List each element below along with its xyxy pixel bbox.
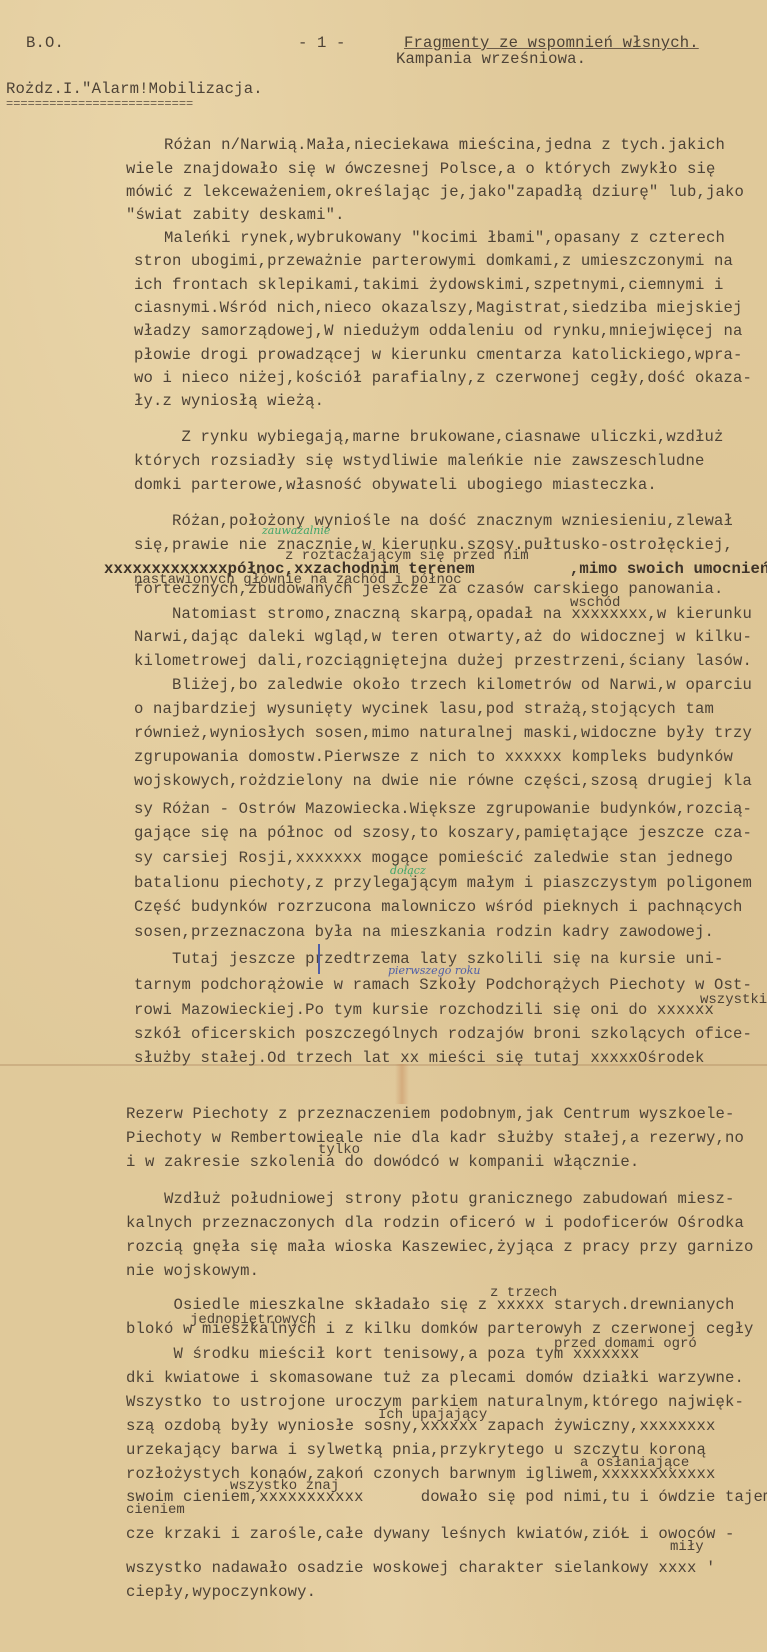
handwritten-insertion-mark bbox=[318, 944, 320, 974]
text-line: Rezerw Piechoty z przeznaczeniem podobny… bbox=[126, 1105, 735, 1123]
text-line: o najbardziej wysunięty wycinek lasu,pod… bbox=[134, 700, 714, 718]
text-line: wo i nieco niżej,kościół parafialny,z cz… bbox=[134, 369, 752, 387]
text-line: sy carsiej Rosji,xxxxxxx mogące pomieści… bbox=[134, 849, 733, 867]
text-line: rozłożystych konaów,zakoń czonych barwny… bbox=[126, 1465, 715, 1483]
text-line: batalionu piechoty,z przylegającym małym… bbox=[134, 874, 752, 892]
text-line: kilometrowej dali,rozciągniętejna dużej … bbox=[134, 652, 752, 670]
text-line: zgrupowania domostw.Pierwsze z nich to x… bbox=[134, 748, 733, 766]
text-line: kalnych przeznaczonych dla rodzin oficer… bbox=[126, 1214, 744, 1232]
typed-insertion: miły bbox=[670, 1539, 704, 1555]
text-line: władzy samorządowej,W niedużym oddaleniu… bbox=[134, 322, 743, 340]
text-line: fortecznych,zbudowanych jeszcze za czasó… bbox=[134, 580, 723, 598]
header-initials: B.O. bbox=[26, 34, 64, 52]
text-line: Maleńki rynek,wybrukowany "kocimi łbami"… bbox=[126, 229, 725, 247]
text-line: szkół oficerskich poszczególnych rodzajó… bbox=[134, 1025, 752, 1043]
text-line: cze krzaki i zarośle,całe dywany leśnych… bbox=[126, 1525, 735, 1543]
text-line: wojskowych,rożdzielony na dwie nie równe… bbox=[134, 772, 752, 790]
text-line: ciasnymi.Wśród nich,nieco okazalszy,Magi… bbox=[134, 299, 743, 317]
text-line: których rozsiadły się wstydliwie maleńki… bbox=[134, 452, 704, 470]
text-line: sy Różan - Ostrów Mazowiecka.Większe zgr… bbox=[134, 800, 752, 818]
text-line: Narwi,dając daleki wgląd,w teren otwarty… bbox=[134, 628, 752, 646]
text-line: Część budynków rozrzucona malowniczo wśr… bbox=[134, 898, 743, 916]
text-line: tarnym podchorążowie w ramach Szkoły Pod… bbox=[134, 976, 752, 994]
text-line: ich frontach sklepikami,takimi żydowskim… bbox=[134, 276, 723, 294]
text-line: stron ubogimi,przeważnie parterowymi dom… bbox=[134, 252, 733, 270]
document-subtitle: Kampania wrześniowa. bbox=[396, 50, 586, 68]
chapter-heading-underline: ========================== bbox=[6, 99, 193, 109]
text-line: dki kwiatowe i skomasowane tuż za plecam… bbox=[126, 1369, 744, 1387]
typed-insertion: cieniem bbox=[126, 1502, 185, 1518]
text-line: sosen,przeznaczona była na mieszkania ro… bbox=[134, 923, 714, 941]
text-line: mówić z lekceważeniem,określając je,jako… bbox=[126, 183, 744, 201]
text-line: gające się na północ od szosy,to koszary… bbox=[134, 824, 752, 842]
text-line: również,wyniosłych sosen,mimo naturalnej… bbox=[134, 724, 752, 742]
text-line: ciepły,wypoczynkowy. bbox=[126, 1583, 316, 1601]
text-line: Różan n/Narwią.Mała,nieciekawa mieścina,… bbox=[126, 136, 725, 154]
chapter-heading: Rożdz.I."Alarm!Mobilizacja. bbox=[6, 80, 263, 98]
text-line: Z rynku wybiegają,marne brukowane,ciasna… bbox=[134, 428, 723, 446]
page-number: - 1 - bbox=[298, 34, 346, 52]
text-line: Piechoty w Rembertowieale nie dla kadr s… bbox=[126, 1129, 744, 1147]
paper-stain bbox=[395, 1064, 409, 1104]
text-line: ły.z wyniosłą wieżą. bbox=[134, 392, 324, 410]
text-line: i w zakresie szkolenia do dowódcó w komp… bbox=[126, 1153, 639, 1171]
text-line: rowi Mazowieckiej.Po tym kursie rozchodz… bbox=[134, 1001, 714, 1019]
text-line: Bliżej,bo zaledwie około trzech kilometr… bbox=[134, 676, 752, 694]
text-line: "świat zabity deskami". bbox=[126, 206, 345, 224]
text-line: Różan,położony wyniośle na dość znacznym… bbox=[134, 512, 733, 530]
text-line: szą ozdobą były wyniosłe sosny,xxxxxx za… bbox=[126, 1417, 715, 1435]
text-line: wszystko nadawało osadzie woskowej chara… bbox=[126, 1559, 715, 1577]
text-line: płowie drogi prowadzącej w kierunku cmen… bbox=[134, 346, 743, 364]
typewritten-document-page: B.O. - 1 - Fragmenty ze wspomnień włsnyc… bbox=[0, 0, 767, 1652]
text-line: rozcią gnęła się mała wioska Kaszewiec,ż… bbox=[126, 1238, 754, 1256]
text-line: służby stałej.Od trzech lat xx mieści si… bbox=[134, 1049, 704, 1067]
text-line: domki parterowe,własność obywateli ubogi… bbox=[134, 476, 657, 494]
text-line: Natomiast stromo,znaczną skarpą,opadał n… bbox=[134, 605, 752, 623]
text-line: W środku mieścił kort tenisowy,a poza ty… bbox=[126, 1345, 639, 1363]
text-line: wiele znajdowało się w ówczesnej Polsce,… bbox=[126, 160, 715, 178]
text-line: nie wojskowym. bbox=[126, 1262, 259, 1280]
text-line: Wzdłuż południowej strony płotu graniczn… bbox=[126, 1190, 735, 1208]
text-line: swoim cieniem,xxxxxxxxxxx dowało się pod… bbox=[126, 1488, 767, 1506]
